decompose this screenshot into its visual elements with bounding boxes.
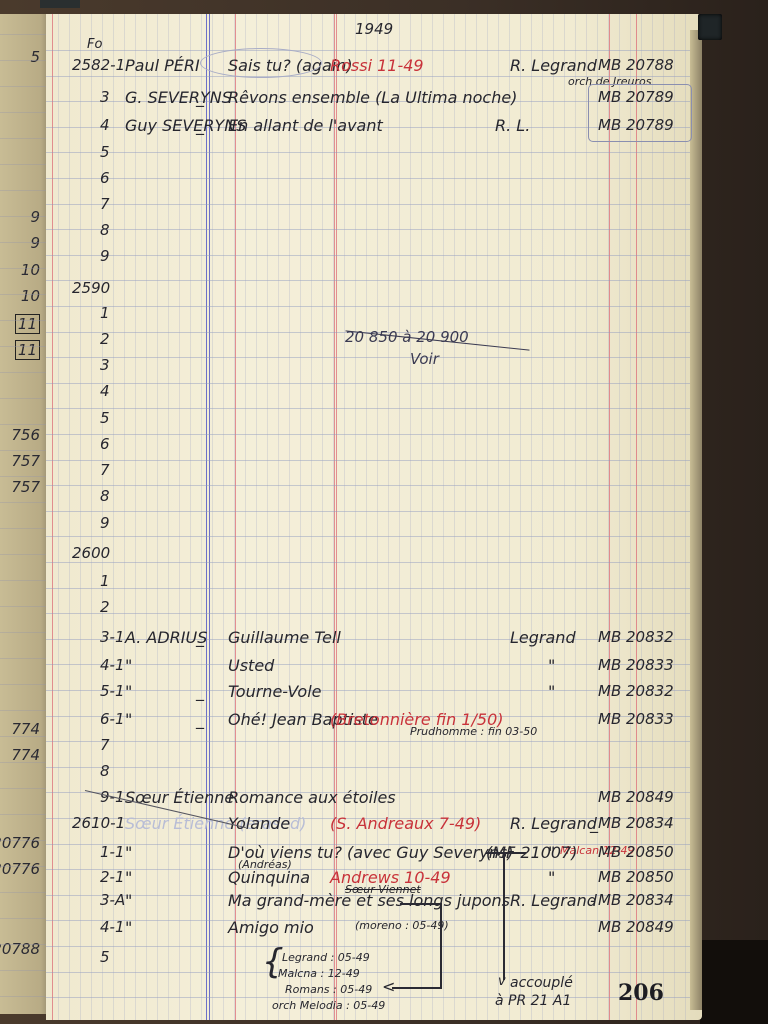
artist-name: " (125, 712, 132, 728)
voir-note: Voir (410, 352, 439, 367)
grid-line (498, 14, 499, 1020)
brace-note-2: Malcna : 12-49 (278, 968, 360, 979)
left-margin-value: 9 (30, 234, 40, 252)
grid-line (509, 14, 510, 1020)
entry-number: 1-1 (100, 845, 125, 860)
artist-name: " (125, 893, 132, 909)
ruled-line (0, 268, 48, 269)
grid-line (91, 14, 92, 1020)
ruled-line (46, 383, 702, 384)
ruled-line (0, 970, 48, 971)
entry-number: 3-A (100, 893, 125, 908)
entry-number: 7 (100, 738, 110, 753)
left-margin-value: 10 (21, 261, 40, 279)
artist-name: " (125, 658, 132, 674)
entry-number: 2 (100, 600, 110, 615)
dash-mark: _ (196, 90, 204, 106)
publisher: Legrand (510, 630, 576, 646)
note: Prudhomme : fin 03-50 (410, 726, 537, 737)
dash-mark: _ (196, 630, 204, 646)
artist-name: " (125, 845, 132, 861)
song-title: Amigo mio (228, 920, 314, 936)
grid-line (80, 14, 81, 1020)
left-margin-value: 756 (11, 426, 40, 444)
title-circle (200, 48, 322, 78)
grid-line (135, 14, 136, 1020)
ruled-line (0, 164, 48, 165)
grid-line (487, 14, 488, 1020)
accouple-label: accouplé (510, 976, 573, 990)
ruled-line (46, 229, 702, 230)
arrow-line (400, 903, 442, 905)
ruled-line (0, 762, 48, 763)
ruled-line (46, 460, 702, 461)
entry-number: 1 (100, 306, 110, 321)
ruled-line (0, 814, 48, 815)
ruled-line (46, 741, 702, 742)
ref-box (588, 84, 692, 142)
song-title: Romance aux étoiles (228, 790, 396, 806)
ruled-line (0, 112, 48, 113)
song-title: Usted (228, 658, 274, 674)
catalog-ref: MB 20833 (598, 658, 674, 673)
catalog-ref: MB 20833 (598, 712, 674, 727)
ruled-line (0, 398, 48, 399)
grid-line (190, 14, 191, 1020)
accouple-arrow-icon: v (498, 975, 506, 988)
entry-number: 2600 (72, 546, 110, 561)
left-margin-value: 757 (11, 452, 40, 470)
ruled-line (0, 944, 48, 945)
ruled-line (0, 528, 48, 529)
ruled-line (0, 632, 48, 633)
publisher: " (548, 658, 555, 674)
note: (moreno : 05-49) (355, 920, 449, 931)
entry-number: 6 (100, 437, 110, 452)
entry-number: 3-1 (100, 630, 125, 645)
artist-name: Paul PÉRI (125, 58, 200, 74)
ruled-line (0, 86, 48, 87)
ruled-line (0, 372, 48, 373)
ruled-line (0, 892, 48, 893)
ruled-line (0, 580, 48, 581)
grid-line (157, 14, 158, 1020)
folio-label: Fo (87, 38, 102, 51)
ruled-line (46, 357, 702, 358)
grid-line (223, 14, 224, 1020)
ruled-line (0, 320, 48, 321)
ruled-line (0, 918, 48, 919)
ruled-line (0, 502, 48, 503)
grid-line (322, 14, 323, 1020)
dash-mark: _ (196, 712, 204, 728)
catalog-ref: MB 20849 (598, 920, 674, 935)
ruled-line (0, 424, 48, 425)
ruled-line (0, 450, 48, 451)
grid-line (685, 14, 686, 1020)
entry-number: 5 (100, 145, 110, 160)
page-edge (690, 30, 702, 1010)
catalog-ref: MB 20834 (598, 816, 674, 831)
entry-number: 7 (100, 197, 110, 212)
red-note: Rossi 11-49 (330, 58, 424, 74)
artist-name: " (125, 870, 132, 886)
ruled-line (46, 306, 702, 307)
song-title: En allant de l'avant (228, 118, 383, 134)
ruled-line (46, 434, 702, 435)
artist-name: " (125, 920, 132, 936)
grid-line (69, 14, 70, 1020)
left-margin-value: 9 (30, 208, 40, 226)
catalog-ref: MB 20788 (598, 58, 674, 73)
binder-clip (40, 0, 80, 8)
ruled-line (0, 294, 48, 295)
ruled-line (0, 60, 48, 61)
left-margin-value: 11 (15, 314, 40, 334)
ruled-line (0, 840, 48, 841)
ruled-line (46, 511, 702, 512)
arrow-line (392, 987, 442, 989)
left-page: 5991010111175675775777477420776207762078… (0, 14, 48, 1014)
ruled-line (46, 613, 702, 614)
page-number: 206 (618, 980, 664, 1006)
ruled-line (46, 946, 702, 947)
entry-number: 2590 (72, 281, 110, 296)
ruled-line (0, 190, 48, 191)
catalog-ref: MB 20834 (598, 893, 674, 908)
entry-number: 4-1 (100, 658, 125, 673)
artist-name: G. SEVERYNS (125, 90, 232, 106)
ruled-line (0, 606, 48, 607)
entry-number: 6-1 (100, 712, 125, 727)
ruled-line (46, 972, 702, 973)
accouple-target: à PR 21 A1 (495, 994, 571, 1008)
ruled-line (0, 216, 48, 217)
ruled-line (0, 476, 48, 477)
ruled-line (46, 485, 702, 486)
year-header: 1949 (355, 22, 393, 37)
entry-number: 3 (100, 358, 110, 373)
entry-number: 8 (100, 223, 110, 238)
ruled-line (0, 710, 48, 711)
ruled-line (46, 588, 702, 589)
grid-line (575, 14, 576, 1020)
publisher: R. Legrand (510, 816, 597, 832)
song-title: Tourne-Vole (228, 684, 322, 700)
grid-line (520, 14, 521, 1020)
ruled-line (46, 536, 702, 537)
left-margin-value: 20776 (0, 860, 40, 878)
entry-number: 8 (100, 489, 110, 504)
artist-name: " (125, 684, 132, 700)
entry-number: 5 (100, 950, 110, 965)
grid-line (586, 14, 587, 1020)
brace-note-1: Legrand : 05-49 (282, 952, 370, 963)
dash-mark: _ (196, 118, 204, 134)
ruled-line (46, 408, 702, 409)
publisher: R. Legrand (510, 893, 597, 909)
song-title: Yolande (228, 816, 290, 832)
left-margin-value: 757 (11, 478, 40, 496)
entry-number: 6 (100, 171, 110, 186)
grid-line (146, 14, 147, 1020)
entry-number: 9 (100, 516, 110, 531)
catalog-ref: MB 20849 (598, 790, 674, 805)
ruled-line (46, 178, 702, 179)
left-margin-value: 10 (21, 287, 40, 305)
catalog-ref: MB 20832 (598, 684, 674, 699)
grid-line (674, 14, 675, 1020)
ruled-line (0, 788, 48, 789)
dash-mark: _ (196, 684, 204, 700)
entry-number: 9 (100, 249, 110, 264)
ruled-line (0, 34, 48, 35)
grid-line (476, 14, 477, 1020)
entry-number: 7 (100, 463, 110, 478)
ruled-line (0, 736, 48, 737)
catalog-ref: MB 20832 (598, 630, 674, 645)
ruled-line (0, 996, 48, 997)
ruled-line (46, 152, 702, 153)
accouple-bracket (486, 852, 526, 854)
entry-number: 2-1 (100, 870, 125, 885)
brace-note-3: Romans : 05-49 (285, 984, 372, 995)
publisher: R. Legrand (510, 58, 597, 74)
grid-line (168, 14, 169, 1020)
publisher: R. L. (495, 118, 530, 134)
publisher: " (548, 870, 555, 886)
publisher: " (548, 845, 555, 861)
song-title: Rêvons ensemble (La Ultima noche) (228, 90, 517, 106)
ruled-line (46, 50, 702, 51)
ruled-line (46, 562, 702, 563)
grid-line (564, 14, 565, 1020)
arrow-line (440, 903, 442, 988)
left-margin-value: 5 (30, 48, 40, 66)
ruled-line (0, 866, 48, 867)
entry-number: 4 (100, 384, 110, 399)
grid-line (465, 14, 466, 1020)
ruled-line (46, 255, 702, 256)
entry-number: 2582-1 (72, 58, 125, 73)
entry-number: 2 (100, 332, 110, 347)
grid-line (212, 14, 213, 1020)
entry-number: 3 (100, 90, 110, 105)
catalog-ref: MB 20850 (598, 870, 674, 885)
left-margin-value: 11 (15, 340, 40, 360)
grid-line (311, 14, 312, 1020)
entry-number: 5-1 (100, 684, 125, 699)
left-margin-value: 20788 (0, 940, 40, 958)
ruled-line (0, 554, 48, 555)
ruled-line (0, 684, 48, 685)
grid-line (531, 14, 532, 1020)
dash-mark: _ (590, 816, 598, 832)
brace-note-4: orch Melodia : 05-49 (272, 1000, 385, 1011)
catalog-ref: MB 20850 (598, 845, 674, 860)
entry-number: 8 (100, 764, 110, 779)
left-margin-value: 20776 (0, 834, 40, 852)
ruled-line (46, 280, 702, 281)
shadow (700, 940, 768, 1024)
song-title: Quinquina (228, 870, 310, 886)
entry-number: 5 (100, 411, 110, 426)
entry-number: 4-1 (100, 920, 125, 935)
binder-clip (698, 14, 722, 40)
accouple-arrow-line (503, 852, 505, 980)
grid-line (201, 14, 202, 1020)
entry-number: 1 (100, 574, 110, 589)
song-title: Ma grand-mère et ses longs jupons (228, 893, 510, 909)
dash-mark: - (590, 893, 596, 909)
ruled-line (46, 204, 702, 205)
grid-line (58, 14, 59, 1020)
entry-number: 2610-1 (72, 816, 125, 831)
ruled-line (0, 346, 48, 347)
publisher: " (548, 684, 555, 700)
ruled-line (0, 242, 48, 243)
grid-line (179, 14, 180, 1020)
arrow-head-icon: < (382, 979, 395, 995)
grid-line (454, 14, 455, 1020)
grid-line (542, 14, 543, 1020)
entry-number: 4 (100, 118, 110, 133)
red-note: (S. Andreaux 7-49) (330, 816, 481, 832)
ruled-line (46, 767, 702, 768)
ruled-line (0, 138, 48, 139)
song-title: Guillaume Tell (228, 630, 341, 646)
ruled-line (0, 658, 48, 659)
